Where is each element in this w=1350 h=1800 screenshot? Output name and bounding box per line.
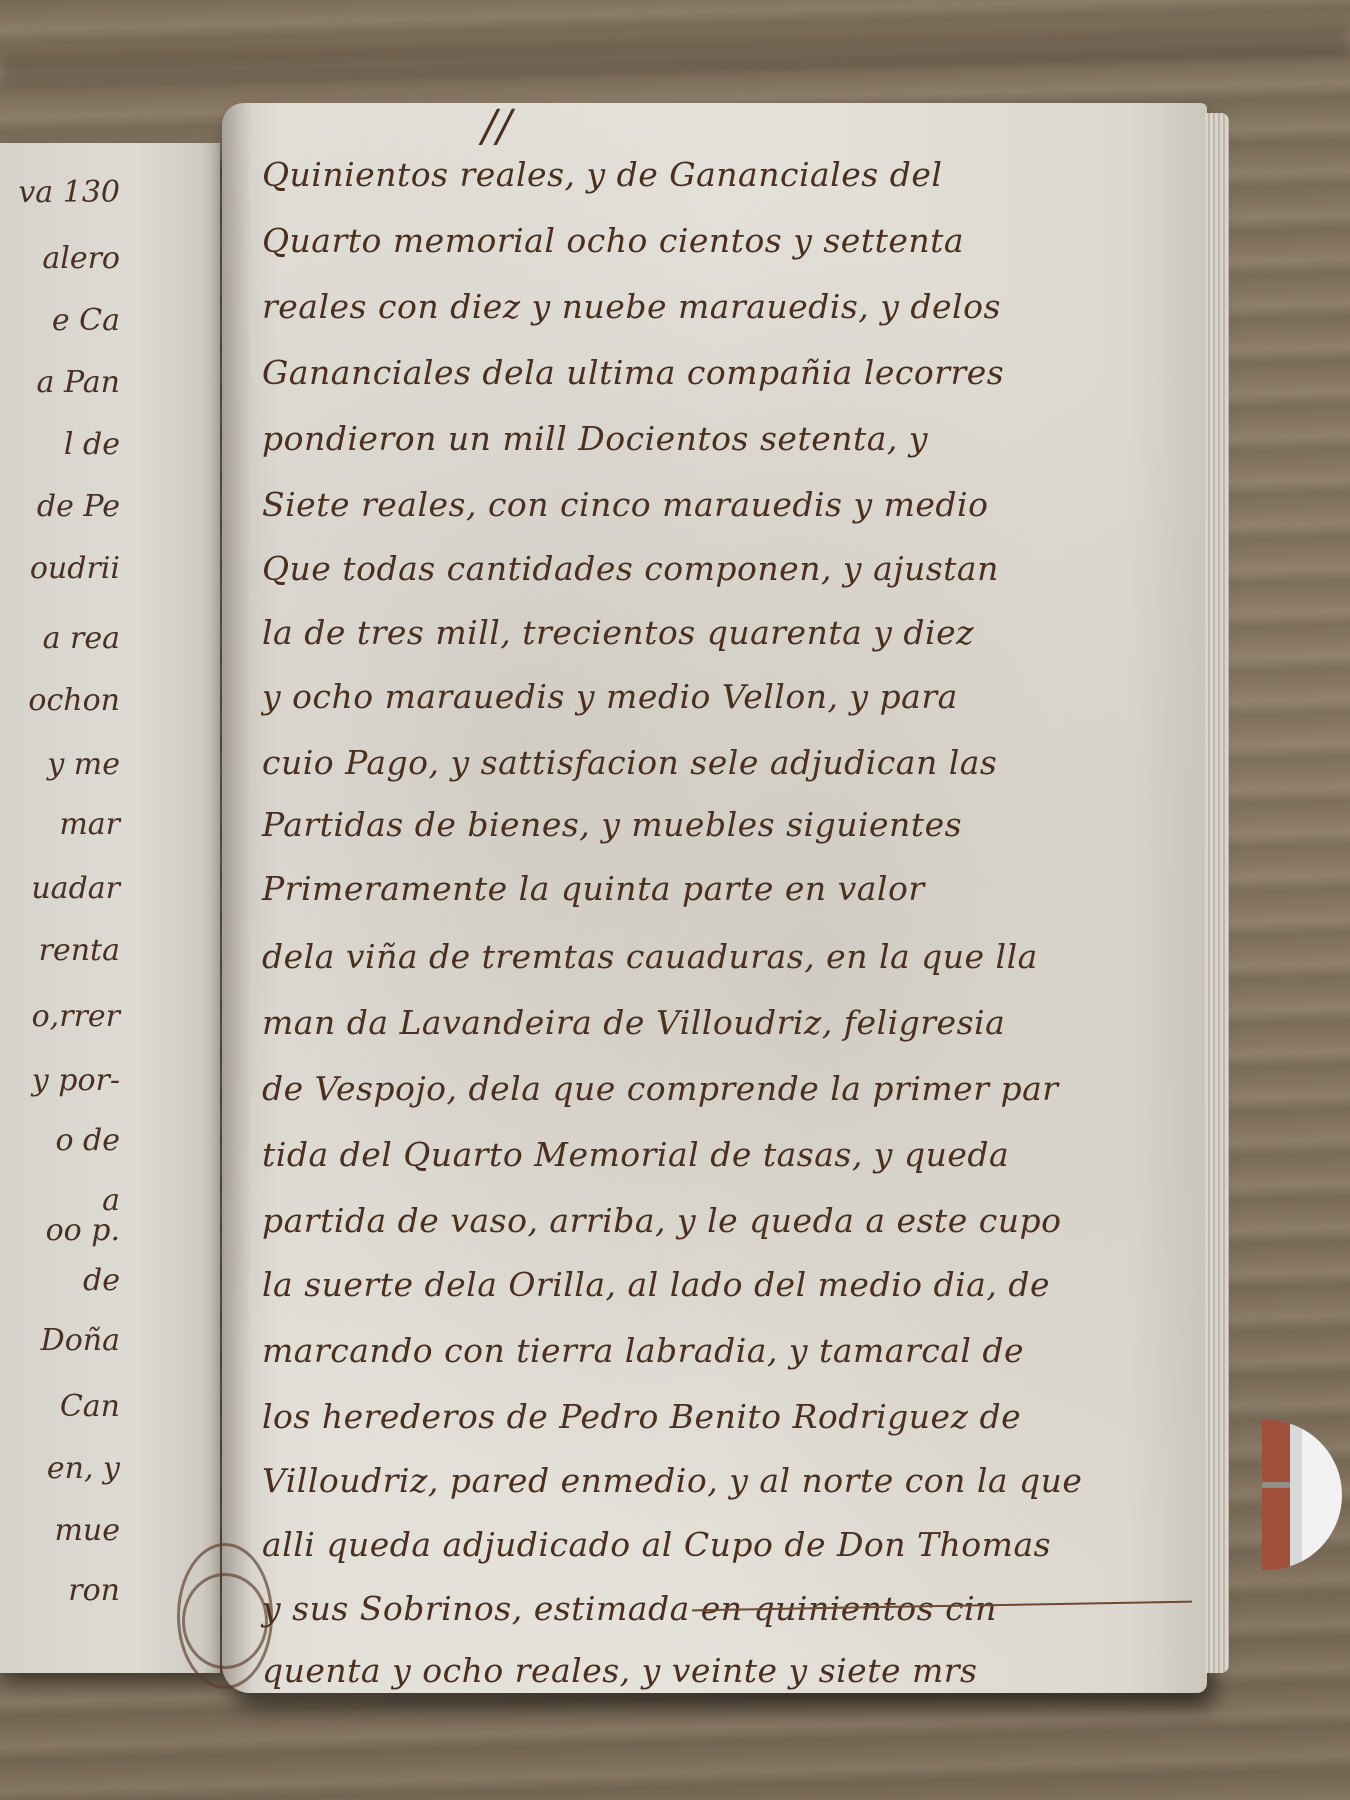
manuscript-line: alli queda adjudicado al Cupo de Don Tho… <box>262 1525 1051 1564</box>
left-page-line-fragment: alero <box>42 241 120 276</box>
gutter-shadow <box>222 103 252 1693</box>
manuscript-line: los herederos de Pedro Benito Rodriguez … <box>262 1397 1021 1436</box>
left-page-line-fragment: Doña <box>41 1323 120 1358</box>
manuscript-line: Partidas de bienes, y muebles siguientes <box>262 805 962 844</box>
right-page: // Quinientos reales, y de Gananciales d… <box>222 103 1207 1693</box>
manuscript-line: Que todas cantidades componen, y ajustan <box>262 549 999 588</box>
left-page-line-fragment: mar <box>59 807 120 842</box>
manuscript-line: y sus Sobrinos, estimada en quinientos c… <box>262 1589 997 1628</box>
left-page-line-fragment: de Pe <box>37 489 120 524</box>
brick-mortar <box>1262 1482 1290 1488</box>
left-page-line-fragment: mue <box>54 1513 120 1548</box>
manuscript-line: partida de vaso, arriba, y le queda a es… <box>262 1201 1062 1240</box>
left-page-line-fragment: oudrii <box>30 551 120 586</box>
left-page-line-fragment: renta <box>39 933 120 968</box>
left-page-line-fragment: uadar <box>31 871 120 906</box>
manuscript-line: pondieron un mill Docientos setenta, y <box>262 419 928 458</box>
manuscript-line: man da Lavandeira de Villoudriz, feligre… <box>262 1003 1005 1042</box>
left-page-line-fragment: ron <box>68 1573 120 1608</box>
manuscript-line: de Vespojo, dela que comprende la primer… <box>262 1069 1059 1108</box>
left-page-line-fragment: oo p. <box>46 1213 120 1248</box>
margin-flourish-inner <box>182 1573 268 1669</box>
left-page-line-fragment: y me <box>47 747 120 782</box>
left-page-line-fragment: ochon <box>28 683 120 718</box>
left-page-line-fragment: va 130 <box>18 175 120 210</box>
left-page-line-fragment: o,rrer <box>32 999 120 1034</box>
left-page-line-fragment: l de <box>64 427 120 462</box>
manuscript-line: marcando con tierra labradia, y tamarcal… <box>262 1331 1024 1370</box>
left-page-line-fragment: Can <box>60 1389 120 1424</box>
left-page-line-fragment: a Pan <box>37 365 120 400</box>
folio-mark: // <box>482 101 512 152</box>
manuscript-line: y ocho marauedis y medio Vellon, y para <box>262 677 958 716</box>
left-page-line-fragment: o de <box>55 1123 120 1158</box>
manuscript-line: Villoudriz, pared enmedio, y al norte co… <box>262 1461 1082 1500</box>
manuscript-line: Siete reales, con cinco marauedis y medi… <box>262 485 988 524</box>
left-page: va 130aleroe Caa Panl dede Peoudriia rea… <box>0 143 220 1673</box>
manuscript-line: cuio Pago, y sattisfacion sele adjudican… <box>262 743 997 782</box>
manuscript-line: Quinientos reales, y de Gananciales del <box>262 155 942 194</box>
manuscript-line: tida del Quarto Memorial de tasas, y que… <box>262 1135 1009 1174</box>
left-page-line-fragment: de <box>83 1263 120 1298</box>
manuscript-line: Primeramente la quinta parte en valor <box>262 869 925 908</box>
manuscript-line: Gananciales dela ultima compañia lecorre… <box>262 353 1004 392</box>
manuscript-line: quenta y ocho reales, y veinte y siete m… <box>262 1651 977 1690</box>
page-edge-stack <box>1205 113 1229 1673</box>
manuscript-line: reales con diez y nuebe marauedis, y del… <box>262 287 1001 326</box>
manuscript-line: la de tres mill, trecientos quarenta y d… <box>262 613 974 652</box>
left-page-line-fragment: a rea <box>43 621 120 656</box>
left-page-line-fragment: en, y <box>47 1451 120 1486</box>
left-page-line-fragment: e Ca <box>52 303 120 338</box>
manuscript-line: Quarto memorial ocho cientos y settenta <box>262 221 964 260</box>
manuscript-line: la suerte dela Orilla, al lado del medio… <box>262 1265 1050 1304</box>
manuscript-line: dela viña de tremtas cauaduras, en la qu… <box>262 937 1038 976</box>
left-page-line-fragment: y por- <box>32 1063 120 1098</box>
